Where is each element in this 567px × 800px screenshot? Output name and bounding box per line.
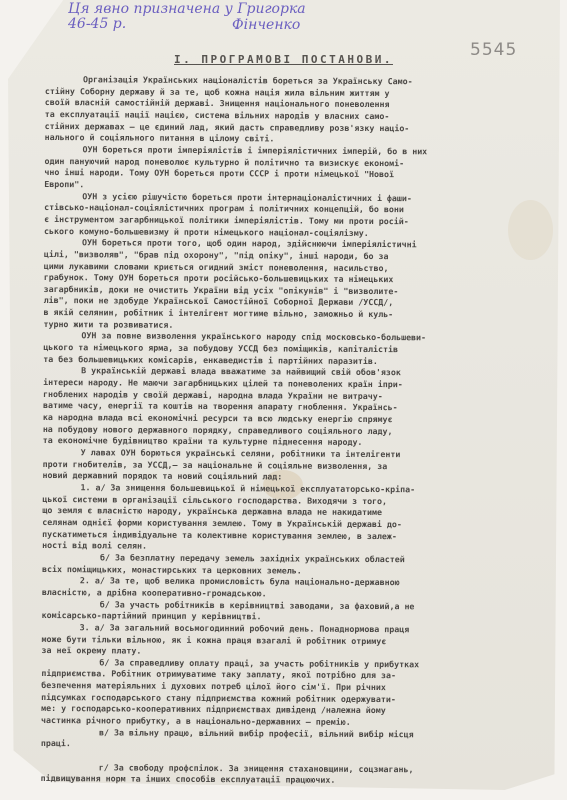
text-line: підвищування норм та інших способів експ…: [41, 773, 531, 788]
handwritten-note-date: 46-45 р.: [68, 17, 126, 32]
document-title: I. ПРОГРАМОВІ ПОСТАНОВИ.: [0, 53, 567, 66]
document-body: Організація Українських націоналістів бо…: [41, 74, 535, 788]
handwritten-note-name: Фінченко: [232, 18, 300, 33]
handwritten-note-line-1: Ця явно призначена у Григорка: [68, 2, 306, 17]
